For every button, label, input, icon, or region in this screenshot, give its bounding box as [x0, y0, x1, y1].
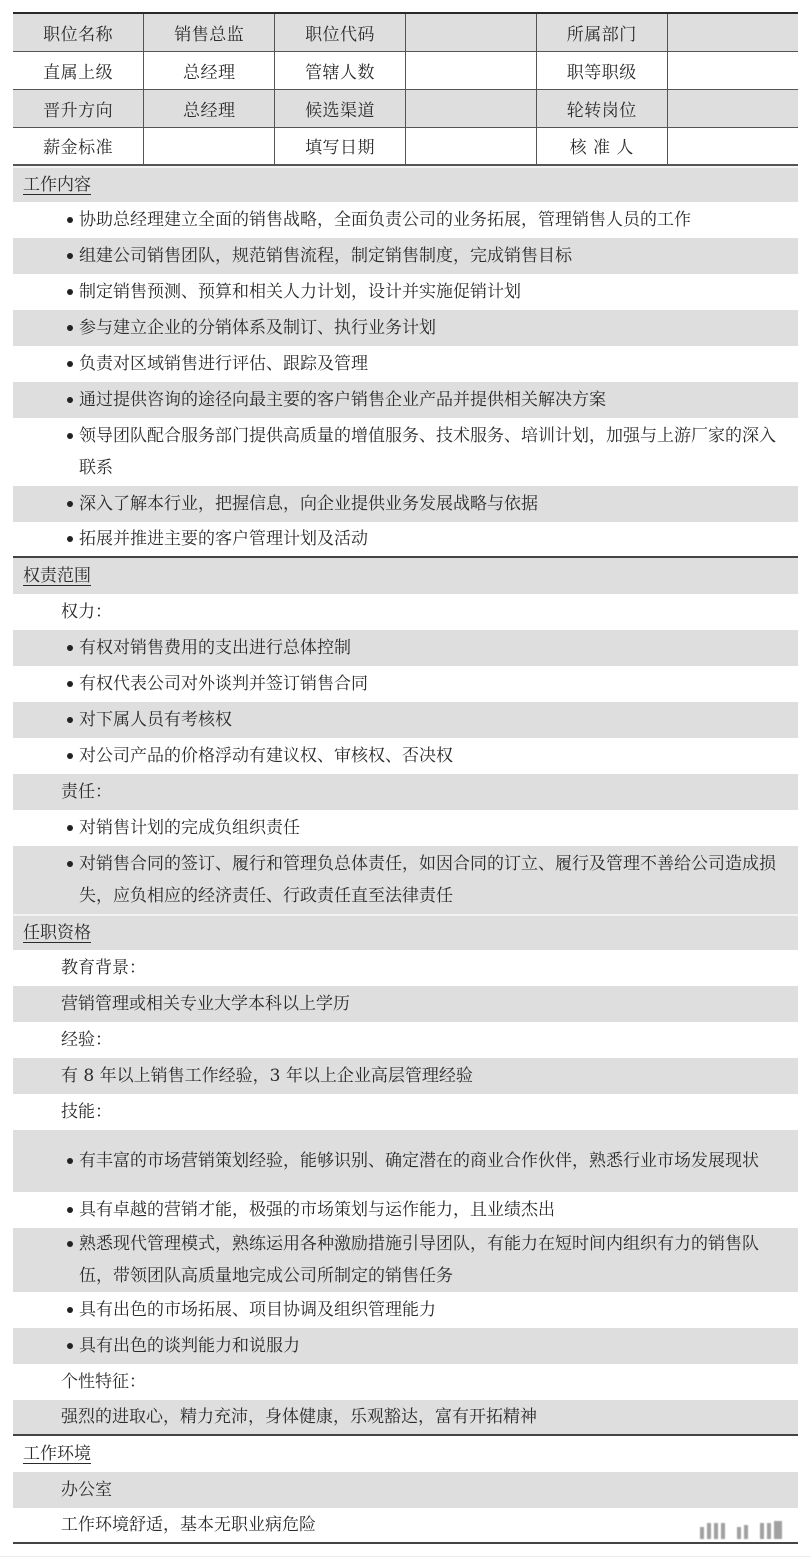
education-value: 营销管理或相关专业大学本科以上学历 — [13, 986, 798, 1022]
bullet-icon — [67, 361, 73, 367]
sub-label-power: 权力： — [13, 594, 798, 630]
list-item: 领导团队配合服务部门提供高质量的增值服务、技术服务、培训计划，加强与上游厂家的深… — [13, 418, 798, 486]
value-rotation-position — [667, 89, 798, 127]
experience-value: 有 8 年以上销售工作经验，3 年以上企业高层管理经验 — [13, 1058, 798, 1094]
value-salary-standard — [144, 127, 275, 165]
list-item: 负责对区域销售进行评估、跟踪及管理 — [13, 346, 798, 382]
label-headcount: 管辖人数 — [275, 51, 406, 89]
bullet-icon — [67, 753, 73, 759]
sub-label-responsibility: 责任： — [13, 774, 798, 810]
list-item: 熟悉现代管理模式，熟练运用各种激励措施引导团队，有能力在短时间内组织有力的销售队… — [13, 1228, 798, 1292]
label-salary-standard: 薪金标准 — [13, 127, 144, 165]
value-promotion-path: 总经理 — [144, 89, 275, 127]
list-item: 通过提供咨询的途径向最主要的客户销售企业产品并提供相关解决方案 — [13, 382, 798, 418]
bullet-icon — [67, 1343, 73, 1349]
list-item: 有权对销售费用的支出进行总体控制 — [13, 630, 798, 666]
bullet-icon — [67, 1158, 73, 1164]
value-direct-superior: 总经理 — [144, 51, 275, 89]
value-candidate-channel — [405, 89, 536, 127]
info-row-superior: 直属上级 总经理 管辖人数 职等职级 — [13, 51, 798, 89]
label-candidate-channel: 候选渠道 — [275, 89, 406, 127]
list-item: 对下属人员有考核权 — [13, 702, 798, 738]
section-title: 任职资格 — [13, 917, 91, 949]
section-header-authority: 权责范围 — [13, 558, 798, 594]
bullet-icon — [67, 717, 73, 723]
list-item: 具有出色的市场拓展、项目协调及组织管理能力 — [13, 1292, 798, 1328]
bullet-icon — [67, 1207, 73, 1213]
list-item: 对销售合同的签订、履行和管理负总体责任，如因合同的订立、履行及管理不善给公司造成… — [13, 846, 798, 914]
info-row-promotion: 晋升方向 总经理 候选渠道 轮转岗位 — [13, 89, 798, 127]
bullet-icon — [67, 217, 73, 223]
watermark — [700, 1521, 792, 1539]
label-department: 所属部门 — [536, 13, 667, 51]
bullet-icon — [67, 433, 73, 439]
section-header-environment: 工作环境 — [13, 1436, 798, 1472]
bullet-icon — [67, 397, 73, 403]
bullet-icon — [67, 325, 73, 331]
sub-label-experience: 经验： — [13, 1022, 798, 1058]
section-title: 工作内容 — [13, 169, 91, 201]
section-title: 工作环境 — [13, 1438, 91, 1470]
list-item: 对销售计划的完成负组织责任 — [13, 810, 798, 846]
label-promotion-path: 晋升方向 — [13, 89, 144, 127]
bullet-icon — [67, 861, 73, 867]
value-department — [667, 13, 798, 51]
list-item: 有丰富的市场营销策划经验，能够识别、确定潜在的商业合作伙伴，熟悉行业市场发展现状 — [13, 1130, 798, 1192]
list-item: 协助总经理建立全面的销售战略，全面负责公司的业务拓展，管理销售人员的工作 — [13, 202, 798, 238]
label-position-code: 职位代码 — [275, 13, 406, 51]
list-item: 深入了解本行业，把握信息，向企业提供业务发展战略与依据 — [13, 486, 798, 522]
bullet-icon — [67, 1241, 73, 1247]
list-item: 组建公司销售团队，规范销售流程，制定销售制度，完成销售目标 — [13, 238, 798, 274]
bullet-icon — [67, 681, 73, 687]
bullet-icon — [67, 289, 73, 295]
bullet-icon — [67, 501, 73, 507]
value-grade-level — [667, 51, 798, 89]
label-fill-date: 填写日期 — [275, 127, 406, 165]
label-position-name: 职位名称 — [13, 13, 144, 51]
section-title: 权责范围 — [13, 560, 91, 592]
bullet-icon — [67, 645, 73, 651]
bottom-rule — [0, 1556, 810, 1557]
bullet-icon — [67, 825, 73, 831]
value-position-code — [405, 13, 536, 51]
list-item: 具有卓越的营销才能，极强的市场策划与运作能力，且业绩杰出 — [13, 1192, 798, 1228]
list-item: 对公司产品的价格浮动有建议权、审核权、否决权 — [13, 738, 798, 774]
bullet-icon — [67, 253, 73, 259]
label-direct-superior: 直属上级 — [13, 51, 144, 89]
list-item: 具有出色的谈判能力和说服力 — [13, 1328, 798, 1364]
sub-label-education: 教育背景： — [13, 950, 798, 986]
label-approver: 核 准 人 — [536, 127, 667, 165]
list-item: 有权代表公司对外谈判并签订销售合同 — [13, 666, 798, 702]
section-header-work-content: 工作内容 — [13, 166, 798, 202]
value-approver — [667, 127, 798, 165]
sub-label-skills: 技能： — [13, 1094, 798, 1130]
personality-value: 强烈的进取心，精力充沛，身体健康，乐观豁达，富有开拓精神 — [13, 1400, 798, 1436]
position-info-table: 职位名称 销售总监 职位代码 所属部门 直属上级 总经理 管辖人数 职等职级 晋… — [13, 12, 798, 166]
job-description-body: 工作内容 协助总经理建立全面的销售战略，全面负责公司的业务拓展，管理销售人员的工… — [13, 166, 798, 1544]
info-row-position: 职位名称 销售总监 职位代码 所属部门 — [13, 13, 798, 51]
section-header-qualifications: 任职资格 — [13, 914, 798, 950]
value-fill-date — [405, 127, 536, 165]
label-rotation-position: 轮转岗位 — [536, 89, 667, 127]
sub-label-personality: 个性特征： — [13, 1364, 798, 1400]
job-description-document: 职位名称 销售总监 职位代码 所属部门 直属上级 总经理 管辖人数 职等职级 晋… — [13, 12, 798, 1544]
bullet-icon — [67, 536, 73, 542]
environment-item: 工作环境舒适，基本无职业病危险 — [13, 1508, 798, 1544]
label-grade-level: 职等职级 — [536, 51, 667, 89]
list-item: 参与建立企业的分销体系及制订、执行业务计划 — [13, 310, 798, 346]
environment-item: 办公室 — [13, 1472, 798, 1508]
value-position-name: 销售总监 — [144, 13, 275, 51]
list-item: 拓展并推进主要的客户管理计划及活动 — [13, 522, 798, 558]
list-item: 制定销售预测、预算和相关人力计划，设计并实施促销计划 — [13, 274, 798, 310]
bullet-icon — [67, 1307, 73, 1313]
value-headcount — [405, 51, 536, 89]
info-row-salary: 薪金标准 填写日期 核 准 人 — [13, 127, 798, 165]
